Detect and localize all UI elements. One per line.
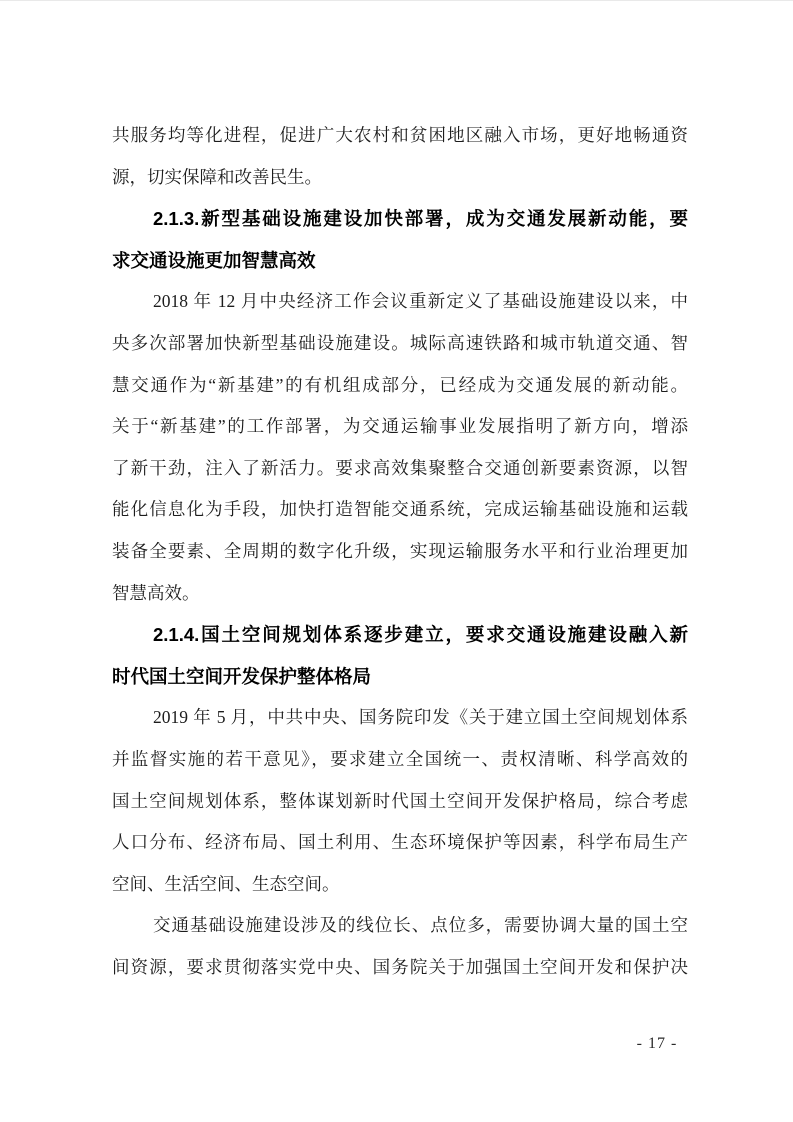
heading-line: 2.1.4.国土空间规划体系逐步建立，要求交通设施建设融入新 xyxy=(112,614,688,656)
text-line: 并监督实施的若干意见》，要求建立全国统一、责权清晰、科学高效的 xyxy=(112,739,688,781)
paragraph: 交通基础设施建设涉及的线位长、点位多，需要协调大量的国土空 间资源，要求贯彻落实… xyxy=(112,905,688,988)
text-line: 2018 年 12 月中央经济工作会议重新定义了基础设施建设以来，中 xyxy=(112,281,688,323)
page-number: - 17 - xyxy=(612,1031,702,1057)
document-page: 共服务均等化进程，促进广大农村和贫困地区融入市场，更好地畅通资 源，切实保障和改… xyxy=(0,0,793,1122)
text-line: 国土空间规划体系，整体谋划新时代国土空间开发保护格局，综合考虑 xyxy=(112,781,688,823)
heading-line: 时代国土空间开发保护整体格局 xyxy=(112,656,688,698)
text-line: 共服务均等化进程，促进广大农村和贫困地区融入市场，更好地畅通资 xyxy=(112,115,688,157)
text-line: 空间、生活空间、生态空间。 xyxy=(112,864,688,906)
text-line: 人口分布、经济布局、国土利用、生态环境保护等因素，科学布局生产 xyxy=(112,822,688,864)
text-line: 交通基础设施建设涉及的线位长、点位多，需要协调大量的国土空 xyxy=(112,905,688,947)
text-line: 能化信息化为手段，加快打造智能交通系统，完成运输基础设施和运载 xyxy=(112,489,688,531)
text-line: 2019 年 5 月，中共中央、国务院印发《关于建立国土空间规划体系 xyxy=(112,697,688,739)
paragraph: 2019 年 5 月，中共中央、国务院印发《关于建立国土空间规划体系 并监督实施… xyxy=(112,697,688,905)
text-line: 了新干劲，注入了新活力。要求高效集聚整合交通创新要素资源，以智 xyxy=(112,448,688,490)
heading-line: 求交通设施更加智慧高效 xyxy=(112,240,688,282)
text-line: 间资源，要求贯彻落实党中央、国务院关于加强国土空间开发和保护决 xyxy=(112,947,688,989)
text-line: 关于“新基建”的工作部署，为交通运输事业发展指明了新方向，增添 xyxy=(112,406,688,448)
text-line: 慧交通作为“新基建”的有机组成部分，已经成为交通发展的新动能。 xyxy=(112,365,688,407)
text-line: 装备全要素、全周期的数字化升级，实现运输服务水平和行业治理更加 xyxy=(112,531,688,573)
page-content: 共服务均等化进程，促进广大农村和贫困地区融入市场，更好地畅通资 源，切实保障和改… xyxy=(112,115,688,988)
paragraph: 2018 年 12 月中央经济工作会议重新定义了基础设施建设以来，中 央多次部署… xyxy=(112,281,688,614)
text-line: 源，切实保障和改善民生。 xyxy=(112,157,688,199)
section-heading-2-1-3: 2.1.3.新型基础设施建设加快部署，成为交通发展新动能，要 求交通设施更加智慧… xyxy=(112,198,688,281)
text-line: 央多次部署加快新型基础设施建设。城际高速铁路和城市轨道交通、智 xyxy=(112,323,688,365)
section-heading-2-1-4: 2.1.4.国土空间规划体系逐步建立，要求交通设施建设融入新 时代国土空间开发保… xyxy=(112,614,688,697)
paragraph: 共服务均等化进程，促进广大农村和贫困地区融入市场，更好地畅通资 源，切实保障和改… xyxy=(112,115,688,198)
text-line: 智慧高效。 xyxy=(112,573,688,615)
heading-line: 2.1.3.新型基础设施建设加快部署，成为交通发展新动能，要 xyxy=(112,198,688,240)
